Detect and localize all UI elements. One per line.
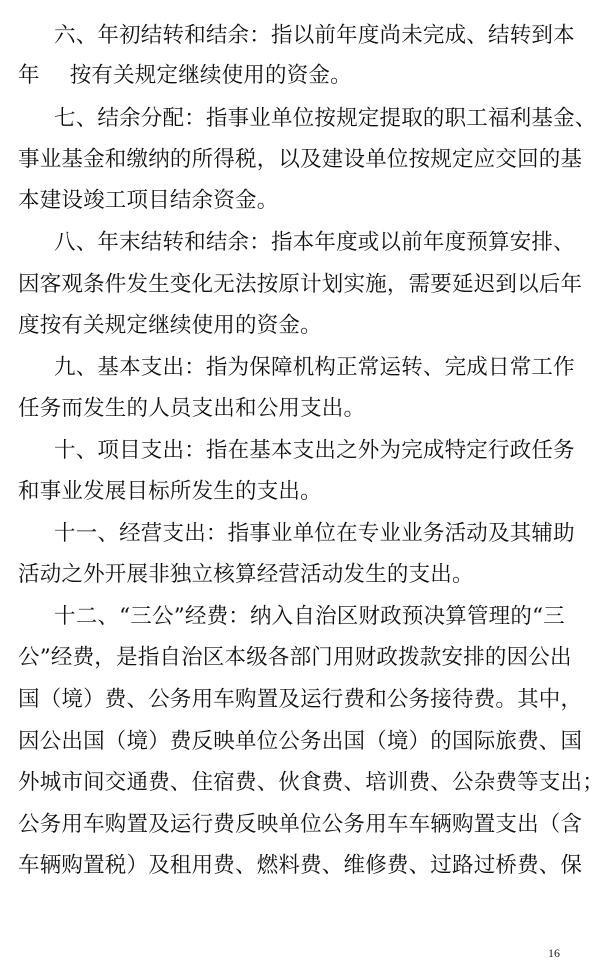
paragraph-12-line-4: 因公出国（境）费反映单位公务出国（境）的国际旅费、国: [18, 727, 593, 757]
paragraph-8-line-1: 八、年末结转和结余：指本年度或以前年度预算安排、: [54, 228, 600, 258]
paragraph-6-continuation: 按有关规定继续使用的资金。: [70, 63, 352, 88]
paragraph-7-line-2: 事业基金和缴纳的所得税，以及建设单位按规定应交回的基: [18, 145, 593, 175]
paragraph-12-line-1: 十二、“三公”经费：纳入自治区财政预决算管理的“三: [54, 602, 600, 632]
paragraph-6-fragment: 年: [18, 63, 40, 88]
paragraph-12-line-5: 外城市间交通费、住宿费、伙食费、培训费、公杂费等支出；: [18, 768, 593, 798]
paragraph-9-line-2: 任务而发生的人员支出和公用支出。: [18, 394, 593, 424]
paragraph-9-line-1: 九、基本支出：指为保障机构正常运转、完成日常工作: [54, 353, 600, 383]
paragraph-7-line-1: 七、结余分配：指事业单位按规定提取的职工福利基金、: [54, 104, 600, 134]
paragraph-11-line-1: 十一、经营支出：指事业单位在专业业务活动及其辅助: [54, 519, 600, 549]
paragraph-7-line-3: 本建设竣工项目结余资金。: [18, 186, 593, 216]
paragraph-6-line-1: 六、年初结转和结余：指以前年度尚未完成、结转到本: [54, 21, 600, 51]
paragraph-11-line-2: 活动之外开展非独立核算经营活动发生的支出。: [18, 560, 593, 590]
paragraph-10-line-2: 和事业发展目标所发生的支出。: [18, 477, 593, 507]
paragraph-10-line-1: 十、项目支出：指在基本支出之外为完成特定行政任务: [54, 436, 600, 466]
document-page: 六、年初结转和结余：指以前年度尚未完成、结转到本 年按有关规定继续使用的资金。 …: [0, 0, 600, 980]
paragraph-8-line-2: 因客观条件发生变化无法按原计划实施，需要延迟到以后年: [18, 270, 593, 300]
paragraph-6-line-2: 年按有关规定继续使用的资金。: [18, 61, 593, 91]
paragraph-12-line-7: 车辆购置税）及租用费、燃料费、维修费、过路过桥费、保: [18, 851, 593, 881]
page-number: 16: [548, 946, 560, 961]
paragraph-12-line-6: 公务用车购置及运行费反映单位公务用车车辆购置支出（含: [18, 810, 593, 840]
paragraph-12-line-3: 国（境）费、公务用车购置及运行费和公务接待费。其中，: [18, 685, 593, 715]
paragraph-8-line-3: 度按有关规定继续使用的资金。: [18, 311, 593, 341]
paragraph-12-line-2: 公”经费，是指自治区本级各部门用财政拨款安排的因公出: [18, 643, 593, 673]
